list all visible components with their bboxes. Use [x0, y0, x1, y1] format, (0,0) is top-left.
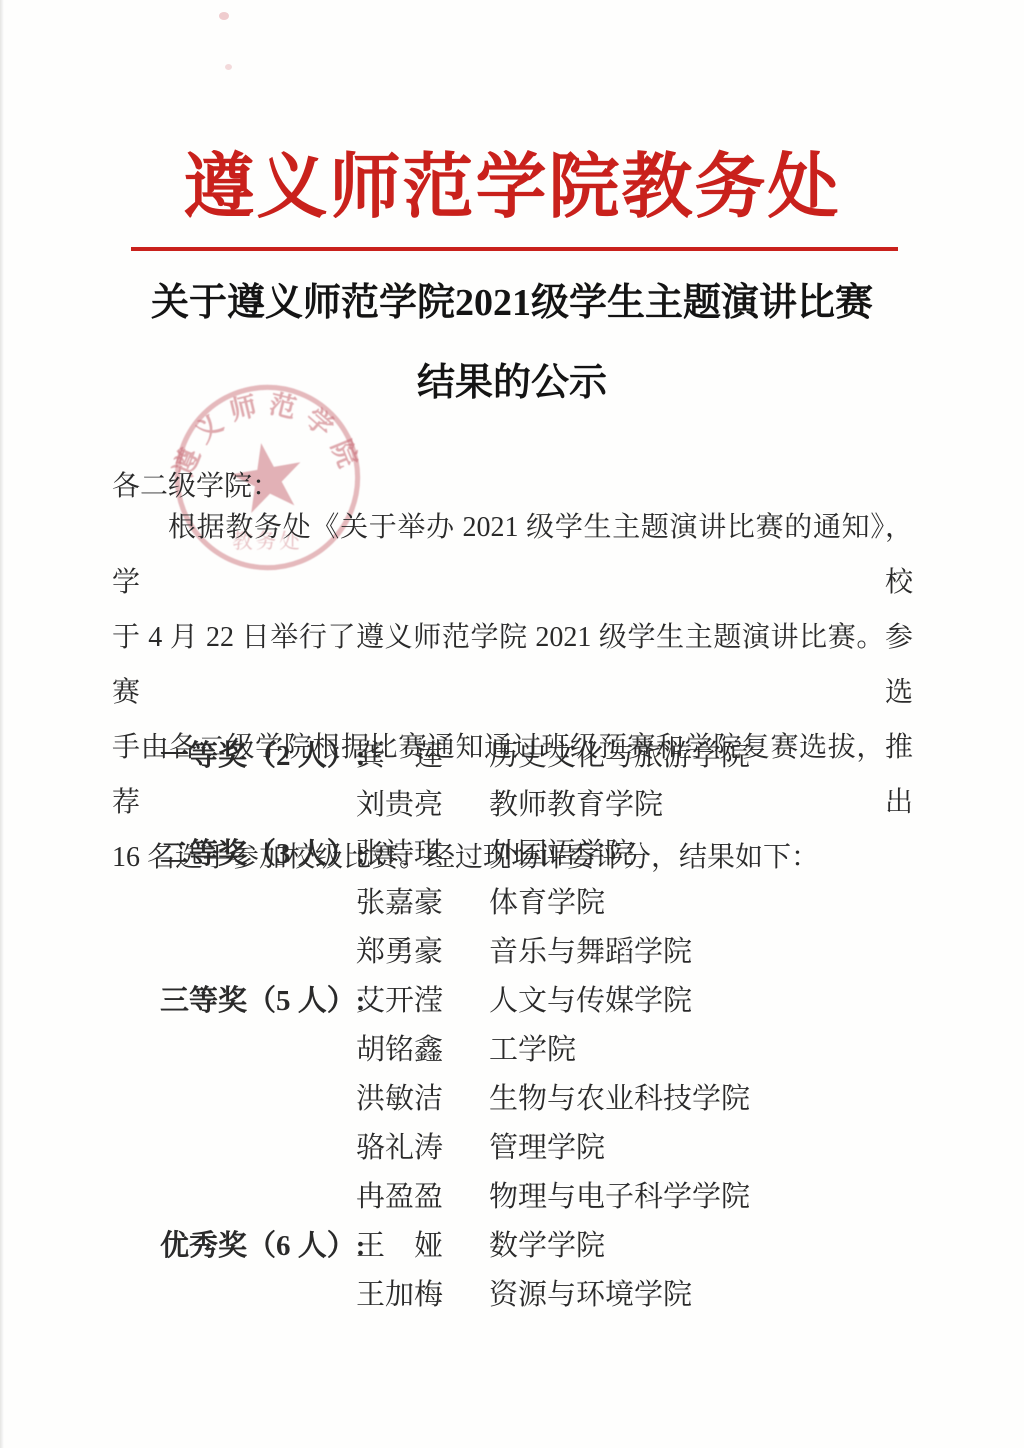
award-row: 优秀奖（6 人）: 王 娅 数学学院 [160, 1222, 922, 1271]
award-row: 刘贵亮 教师教育学院 [160, 781, 922, 830]
award-tier-label-empty [160, 928, 356, 977]
winner-college: 音乐与舞蹈学院 [489, 928, 922, 977]
winner-name: 艾开滢 [356, 977, 489, 1026]
winner-name: 龚 莲 [356, 732, 489, 781]
winner-college: 教师教育学院 [489, 781, 922, 830]
winner-college: 历史文化与旅游学院 [489, 732, 922, 781]
winner-name: 张嘉豪 [356, 879, 489, 928]
award-row: 张嘉豪 体育学院 [160, 879, 922, 928]
winner-college: 外国语学院 [489, 830, 922, 879]
award-results-list: 一等奖（2 人）: 龚 莲 历史文化与旅游学院 刘贵亮 教师教育学院 二等奖（3… [160, 732, 922, 1320]
winner-name: 王 娅 [356, 1222, 489, 1271]
winner-college: 生物与农业科技学院 [489, 1075, 922, 1124]
award-tier-label-empty [160, 1026, 356, 1075]
award-tier-label-empty [160, 879, 356, 928]
winner-name: 郑勇豪 [356, 928, 489, 977]
award-row: 王加梅 资源与环境学院 [160, 1271, 922, 1320]
winner-college: 管理学院 [489, 1124, 922, 1173]
award-tier-label-empty [160, 1271, 356, 1320]
winner-name: 洪敏洁 [356, 1075, 489, 1124]
award-row: 一等奖（2 人）: 龚 莲 历史文化与旅游学院 [160, 732, 922, 781]
winner-name: 冉盈盈 [356, 1173, 489, 1222]
award-row: 洪敏洁 生物与农业科技学院 [160, 1075, 922, 1124]
scan-speck [219, 12, 229, 20]
document-title-line2: 结果的公示 [0, 351, 1024, 406]
award-tier-label-empty [160, 1075, 356, 1124]
winner-college: 人文与传媒学院 [489, 977, 922, 1026]
letterhead-divider-rule [131, 247, 898, 251]
award-row: 三等奖（5 人）: 艾开滢 人文与传媒学院 [160, 977, 922, 1026]
award-tier-label: 一等奖（2 人）: [160, 732, 356, 781]
winner-name: 张诗琪 [356, 830, 489, 879]
award-tier-label-empty [160, 781, 356, 830]
winner-name: 胡铭鑫 [356, 1026, 489, 1075]
body-line: 于 4 月 22 日举行了遵义师范学院 2021 级学生主题演讲比赛。参赛选 [112, 610, 913, 720]
document-page: 遵义师范学院教务处 关于遵义师范学院2021级学生主题演讲比赛 结果的公示 遵义… [0, 0, 1024, 1448]
award-tier-label-empty [160, 1173, 356, 1222]
salutation: 各二级学院： [112, 464, 280, 504]
award-row: 骆礼涛 管理学院 [160, 1124, 922, 1173]
winner-college: 物理与电子科学学院 [489, 1173, 922, 1222]
award-tier-label: 优秀奖（6 人）: [160, 1222, 356, 1271]
scan-speck [225, 64, 232, 70]
letterhead-org-name: 遵义师范学院教务处 [0, 130, 1024, 232]
body-line: 根据教务处《关于举办 2021 级学生主题演讲比赛的通知》，学校 [112, 500, 913, 610]
winner-college: 工学院 [489, 1026, 922, 1075]
award-tier-label-empty [160, 1124, 356, 1173]
winner-college: 体育学院 [489, 879, 922, 928]
award-tier-label: 三等奖（5 人）: [160, 977, 356, 1026]
award-row: 二等奖（3 人）: 张诗琪 外国语学院 [160, 830, 922, 879]
award-tier-label: 二等奖（3 人）: [160, 830, 356, 879]
award-row: 冉盈盈 物理与电子科学学院 [160, 1173, 922, 1222]
winner-college: 资源与环境学院 [489, 1271, 922, 1320]
winner-name: 刘贵亮 [356, 781, 489, 830]
document-title-line1: 关于遵义师范学院2021级学生主题演讲比赛 [0, 271, 1024, 326]
winner-college: 数学学院 [489, 1222, 922, 1271]
award-row: 郑勇豪 音乐与舞蹈学院 [160, 928, 922, 977]
winner-name: 骆礼涛 [356, 1124, 489, 1173]
award-row: 胡铭鑫 工学院 [160, 1026, 922, 1075]
winner-name: 王加梅 [356, 1271, 489, 1320]
